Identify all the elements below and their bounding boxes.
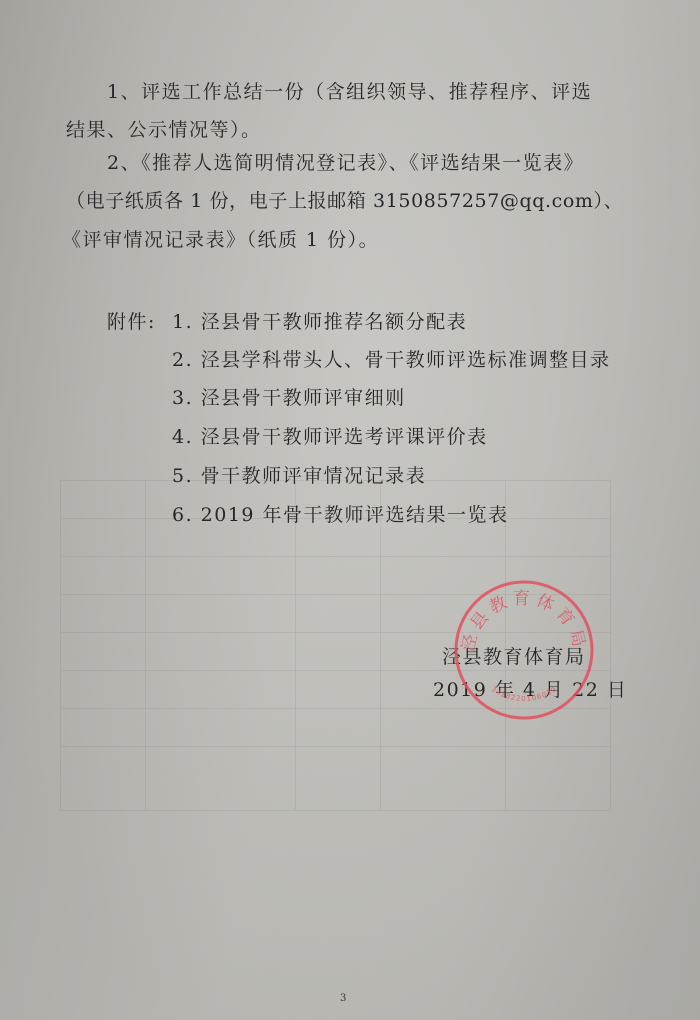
signature-date: 2019 年 4 月 22 日 — [433, 678, 627, 702]
svg-text:泾县教育体育局: 泾县教育体育局 — [458, 589, 589, 654]
item-2-line-2: （电子纸质各 1 份，电子上报邮箱 3150857257@qq.com）、 — [66, 189, 623, 213]
attachment-item-4: 4. 泾县骨干教师评选考评课评价表 — [172, 425, 488, 449]
attachment-item-2: 2. 泾县学科带头人、骨干教师评选标准调整目录 — [172, 348, 611, 372]
attachments-label: 附件: — [107, 310, 156, 334]
attachment-item-5: 5. 骨干教师评审情况记录表 — [172, 464, 426, 488]
item-1-line-1: 1、评选工作总结一份（含组织领导、推荐程序、评选 — [107, 80, 592, 104]
page-number: 3 — [340, 993, 346, 1004]
attachment-item-3: 3. 泾县骨干教师评审细则 — [172, 386, 406, 410]
item-2-line-1: 2、《推荐人选简明情况登记表》、《评选结果一览表》 — [107, 151, 584, 175]
signature-organization: 泾县教育体育局 — [442, 645, 586, 669]
attachment-item-6: 6. 2019 年骨干教师评选结果一览表 — [172, 503, 509, 527]
item-2-line-3: 《评审情况记录表》（纸质 1 份）。 — [62, 228, 379, 252]
item-1-line-2: 结果、公示情况等）。 — [66, 118, 262, 142]
attachment-item-1: 1. 泾县骨干教师推荐名额分配表 — [172, 310, 467, 334]
stamp-arc-text: 泾县教育体育局 — [458, 589, 589, 654]
